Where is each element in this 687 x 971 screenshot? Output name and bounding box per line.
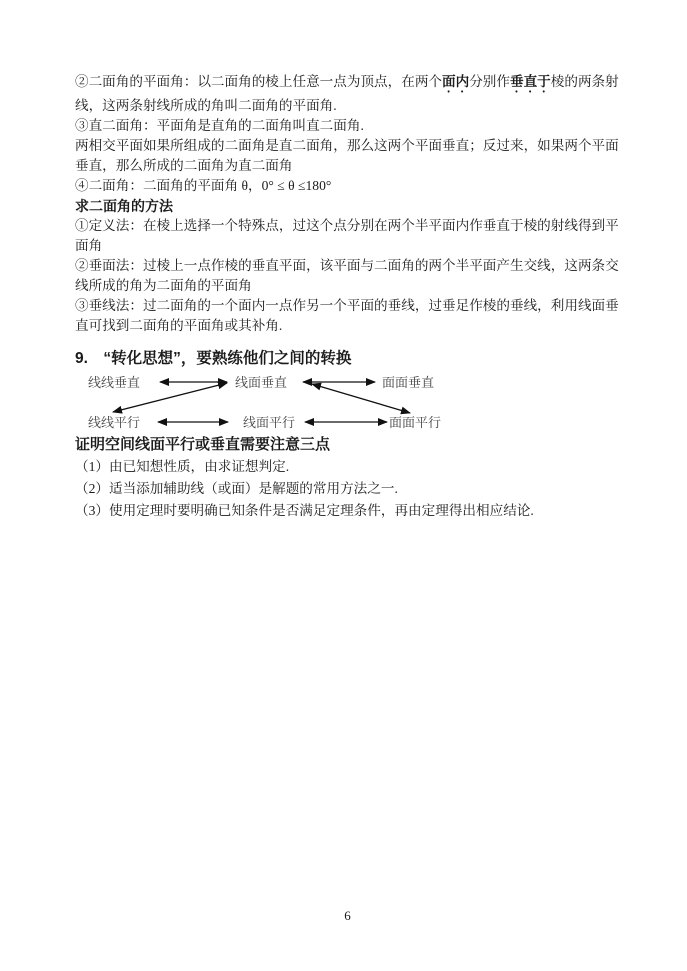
para-method-definition: ①定义法：在棱上选择一个特殊点，过这个点分别在两个半平面内作垂直于棱的射线得到平… xyxy=(75,216,623,256)
emphasis-chui-zhi-yu: 垂直于 xyxy=(510,74,551,89)
para-theta-range: ④二面角：二面角的平面角 θ，0° ≤ θ ≤180° xyxy=(75,176,623,196)
para-perpendicular-planes: 两相交平面如果所组成的二面角是直二面角，那么这两个平面垂直；反过来，如果两个平面… xyxy=(75,136,623,176)
note-item-2: （2）适当添加辅助线（或面）是解题的常用方法之一. xyxy=(75,478,623,500)
note-item-3: （3）使用定理时要明确已知条件是否满足定理条件，再由定理得出相应结论. xyxy=(75,500,623,522)
plane-angle-text-pre: ②二面角的平面角：以二面角的棱上任意一点为顶点，在两个 xyxy=(75,74,442,89)
para-dihedral-plane-angle: ②二面角的平面角：以二面角的棱上任意一点为顶点，在两个面内分别作垂直于棱的两条射… xyxy=(75,72,623,116)
para-right-dihedral: ③直二面角：平面角是直角的二面角叫直二面角. xyxy=(75,116,623,136)
para-method-perp-line: ③垂线法：过二面角的一个面内一点作另一个平面的垂线，过垂足作棱的垂线，利用线面垂… xyxy=(75,296,623,336)
node-line-plane-perpendicular: 线面垂直 xyxy=(235,374,287,391)
plane-angle-text-mid: 分别作 xyxy=(469,74,510,89)
node-plane-plane-perpendicular: 面面垂直 xyxy=(382,374,434,391)
para-method-perp-plane: ②垂面法：过棱上一点作棱的垂直平面，该平面与二面角的两个半平面产生交线，这两条交… xyxy=(75,256,623,296)
node-line-plane-parallel: 线面平行 xyxy=(243,414,295,431)
document-body: ②二面角的平面角：以二面角的棱上任意一点为顶点，在两个面内分别作垂直于棱的两条射… xyxy=(75,72,623,522)
transformation-diagram: 线线垂直 线面垂直 面面垂直 线线平行 线面平行 面面平行 xyxy=(75,371,495,434)
node-line-line-perpendicular: 线线垂直 xyxy=(88,374,140,391)
node-plane-plane-parallel: 面面平行 xyxy=(389,414,441,431)
node-line-line-parallel: 线线平行 xyxy=(88,414,140,431)
heading-dihedral-methods: 求二面角的方法 xyxy=(75,196,623,216)
note-item-1: （1）由已知想性质，由求证想判定. xyxy=(75,456,623,478)
heading-proof-notes: 证明空间线面平行或垂直需要注意三点 xyxy=(75,434,623,455)
proof-notes-list: （1）由已知想性质，由求证想判定. （2）适当添加辅助线（或面）是解题的常用方法… xyxy=(75,456,623,522)
emphasis-mian-nei: 面内 xyxy=(442,74,469,89)
document-page: ②二面角的平面角：以二面角的棱上任意一点为顶点，在两个面内分别作垂直于棱的两条射… xyxy=(0,0,687,971)
heading-transformation-idea: 9. “转化思想”，要熟练他们之间的转换 xyxy=(75,348,623,369)
page-number: 6 xyxy=(8,908,687,924)
